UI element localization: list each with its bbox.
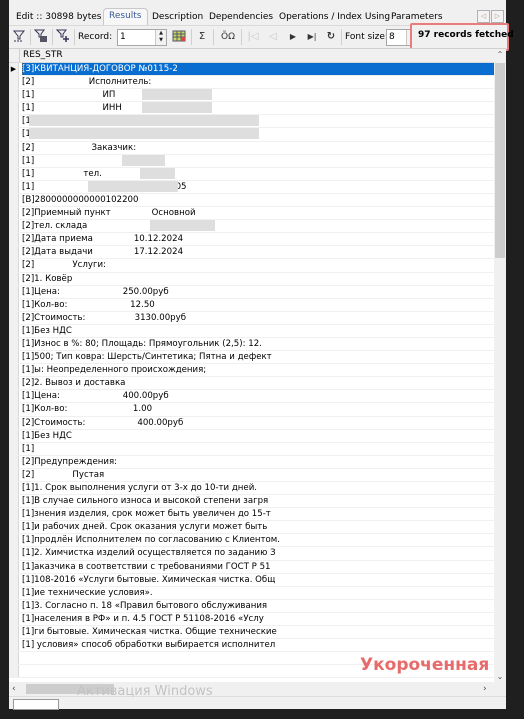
table-row[interactable]: [1]аказчика в соответствии с требованиям… (9, 561, 494, 574)
windows-activation-watermark: Активация Windows (77, 684, 213, 699)
row-indicator[interactable] (9, 652, 19, 664)
res-str-cell[interactable]: [1]Износ в %: 80; Площадь: Прямоугольник… (22, 338, 494, 350)
res-str-cell[interactable]: [2] Исполнитель: (22, 76, 494, 88)
table-row[interactable]: [2] Пустая (9, 469, 494, 482)
next-record-icon[interactable]: ▶ (285, 29, 301, 45)
table-row[interactable]: [1]продлён Исполнителем по согласованию … (9, 534, 494, 547)
tab-results[interactable]: Results (103, 8, 148, 25)
tab-parameters[interactable]: Parameters (386, 10, 448, 24)
res-str-cell[interactable]: [2]Дата приема 10.12.2024 (22, 233, 494, 245)
redacted-block (140, 168, 175, 179)
table-row[interactable]: [1]ы: Неопределенного происхождения; (9, 364, 494, 377)
column-header-res-str[interactable]: RES_STR (23, 49, 63, 62)
res-str-cell[interactable]: [2]тел. склада (22, 220, 494, 232)
table-row[interactable]: [2]2. Вывоз и доставка (9, 377, 494, 390)
row-indicator[interactable] (9, 561, 19, 573)
row-indicator[interactable] (9, 89, 19, 101)
res-str-cell[interactable]: [1]Цена: 400.00руб (22, 390, 494, 402)
res-str-cell[interactable]: [B]2800000000000102200 (22, 194, 494, 206)
res-str-cell[interactable]: [1] условия» способ обработки выбирается… (22, 639, 494, 651)
res-str-cell[interactable]: [1]и рабочих дней. Срок оказания услуги … (22, 521, 494, 533)
record-spin-arrows[interactable]: ▲▼ (155, 30, 166, 45)
res-str-cell[interactable]: [1] тел. 496 (22, 168, 494, 180)
table-row[interactable]: [2]Приемный пункт Основной (9, 207, 494, 220)
redacted-block (29, 115, 259, 126)
table-row[interactable]: [2]тел. склада (9, 220, 494, 233)
row-indicator[interactable] (9, 259, 19, 271)
res-str-cell[interactable]: [1]населения в РФ» и п. 4.5 ГОСТ Р 51108… (22, 613, 494, 625)
row-indicator[interactable] (9, 194, 19, 206)
row-indicator[interactable] (9, 273, 19, 285)
table-row[interactable]: [B]2800000000000102200 (9, 194, 494, 207)
results-grid[interactable]: RES_STR ▶[3]КВИТАНЦИЯ-ДОГОВОР №0115-2[2]… (9, 48, 506, 683)
table-row[interactable]: [1]2. Химчистка изделий осуществляется п… (9, 547, 494, 560)
table-row[interactable]: [1]и рабочих дней. Срок оказания услуги … (9, 521, 494, 534)
res-str-cell[interactable]: [1] ИНН (22, 102, 494, 114)
row-indicator[interactable] (9, 128, 19, 140)
res-str-cell[interactable]: [2]Предупреждения: (22, 456, 494, 468)
redacted-block (88, 181, 178, 192)
table-row[interactable]: [2]Стоимость: 3130.00руб (9, 312, 494, 325)
row-indicator[interactable] (9, 495, 19, 507)
res-str-cell[interactable]: [1] (22, 443, 494, 455)
table-row[interactable]: [2] Заказчик: (9, 142, 494, 155)
filter-table-icon[interactable] (33, 29, 49, 45)
tab-prev-icon[interactable]: ◁ (477, 10, 490, 23)
font-size-value[interactable]: 8 (389, 30, 395, 45)
redacted-block (142, 89, 212, 100)
scroll-left-icon[interactable]: ‹ (12, 682, 16, 696)
grid-rows: ▶[3]КВИТАНЦИЯ-ДОГОВОР №0115-2[2] Исполни… (9, 63, 494, 678)
table-row[interactable]: [1]ги бытовые. Химическая чистка. Общие … (9, 626, 494, 639)
table-row[interactable]: [1] ИНН (9, 102, 494, 115)
res-str-cell[interactable]: [1]2. Химчистка изделий осуществляется п… (22, 547, 494, 559)
record-value[interactable]: 1 (120, 30, 126, 45)
sum-icon[interactable]: Σ (194, 29, 210, 45)
scroll-right-icon[interactable]: › (483, 682, 487, 696)
table-row[interactable]: [2]Дата приема 10.12.2024 (9, 233, 494, 246)
res-str-cell[interactable]: [1]Без НДС (22, 430, 494, 442)
row-indicator[interactable] (9, 377, 19, 389)
row-indicator[interactable] (9, 521, 19, 533)
table-row[interactable]: [2]1. Ковёр (9, 273, 494, 286)
res-str-cell[interactable]: [2]Приемный пункт Основной (22, 207, 494, 219)
filter-add-icon[interactable] (55, 29, 71, 45)
table-row[interactable]: [1] (9, 128, 494, 141)
row-indicator[interactable] (9, 417, 19, 429)
row-indicator[interactable] (9, 312, 19, 324)
row-indicator[interactable] (9, 639, 19, 651)
res-str-cell[interactable]: [1]ы: Неопределенного происхождения; (22, 364, 494, 376)
row-indicator[interactable]: ▶ (9, 63, 19, 75)
table-row[interactable]: [1] Елена (9, 155, 494, 168)
table-row[interactable]: [2]Стоимость: 400.00руб (9, 417, 494, 430)
prev-record-icon[interactable]: ◁ (265, 29, 281, 45)
tab-operations-index-using[interactable]: Operations / Index Using (274, 10, 395, 24)
row-indicator[interactable] (9, 626, 19, 638)
scroll-down-icon[interactable]: ⌄ (494, 671, 506, 683)
table-row[interactable]: [1]В случае сильного износа и высокой ст… (9, 495, 494, 508)
row-indicator[interactable] (9, 246, 19, 258)
res-str-cell[interactable]: [1]аказчика в соответствии с требованиям… (22, 561, 494, 573)
table-row[interactable]: [2] Исполнитель: (9, 76, 494, 89)
table-row[interactable]: [1] условия» способ обработки выбирается… (9, 639, 494, 652)
table-row[interactable]: [1]Цена: 400.00руб (9, 390, 494, 403)
table-row[interactable]: [1]1. Срок выполнения услуги от 3-х до 1… (9, 482, 494, 495)
row-indicator[interactable] (9, 443, 19, 455)
row-indicator[interactable] (9, 390, 19, 402)
row-indicator[interactable] (9, 220, 19, 232)
table-row[interactable]: [1]500; Тип ковра: Шерсть/Синтетика; Пят… (9, 351, 494, 364)
filter-icon[interactable] (11, 29, 27, 45)
table-row[interactable]: [1]Износ в %: 80; Площадь: Прямоугольник… (9, 338, 494, 351)
row-indicator[interactable] (9, 155, 19, 167)
row-indicator[interactable] (9, 534, 19, 546)
res-str-cell[interactable]: [2] Пустая (22, 469, 494, 481)
res-str-cell[interactable]: [1]1. Срок выполнения услуги от 3-х до 1… (22, 482, 494, 494)
table-row[interactable]: ▶[3]КВИТАНЦИЯ-ДОГОВОР №0115-2 (9, 63, 494, 76)
redacted-block (29, 128, 259, 139)
row-indicator[interactable] (9, 286, 19, 298)
res-str-cell[interactable]: [2]Стоимость: 400.00руб (22, 417, 494, 429)
status-field (13, 699, 59, 710)
table-row[interactable]: [1]3. Согласно п. 18 «Правил бытового об… (9, 600, 494, 613)
table-row[interactable]: [1]населения в РФ» и п. 4.5 ГОСТ Р 51108… (9, 613, 494, 626)
res-str-cell[interactable]: [1] Елена (22, 155, 494, 167)
row-indicator[interactable] (9, 403, 19, 415)
record-label: Record: (78, 29, 112, 45)
row-indicator[interactable] (9, 115, 19, 127)
row-indicator[interactable] (9, 547, 19, 559)
table-row[interactable]: [1]Без НДС (9, 325, 494, 338)
row-indicator[interactable] (9, 299, 19, 311)
row-indicator[interactable] (9, 587, 19, 599)
res-str-cell[interactable]: [2] Заказчик: (22, 142, 494, 154)
table-grid-icon[interactable] (171, 29, 187, 45)
res-str-cell[interactable]: [1]продлён Исполнителем по согласованию … (22, 534, 494, 546)
last-record-icon[interactable]: ▶| (304, 29, 320, 45)
res-str-cell[interactable]: [1]Кол-во: 12.50 (22, 299, 494, 311)
tab-dependencies[interactable]: Dependencies (204, 10, 278, 24)
vertical-scrollbar[interactable]: ⌃ ⌄ (494, 49, 506, 683)
row-indicator[interactable] (9, 168, 19, 180)
row-indicator[interactable] (9, 456, 19, 468)
indicator-header (9, 49, 20, 62)
res-str-cell[interactable]: [1] ИП (22, 89, 494, 101)
records-fetched-highlight: 97 records fetched (410, 23, 509, 51)
record-stepper[interactable]: 1 ▲▼ (117, 29, 167, 46)
table-row[interactable]: [1]Кол-во: 12.50 (9, 299, 494, 312)
vertical-scroll-thumb[interactable] (495, 63, 505, 258)
table-row[interactable]: [1] (9, 443, 494, 456)
row-indicator[interactable] (9, 508, 19, 520)
row-indicator[interactable] (9, 142, 19, 154)
res-str-cell[interactable]: [1]В случае сильного износа и высокой ст… (22, 495, 494, 507)
res-str-cell[interactable]: [2]2. Вывоз и доставка (22, 377, 494, 389)
res-str-cell[interactable]: [3]КВИТАНЦИЯ-ДОГОВОР №0115-2 (22, 63, 494, 75)
row-indicator[interactable] (9, 233, 19, 245)
res-str-cell[interactable]: [2]1. Ковёр (22, 273, 494, 285)
res-str-cell[interactable]: [1]Цена: 250.00руб (22, 286, 494, 298)
row-indicator[interactable] (9, 665, 19, 677)
res-str-cell[interactable]: [1]500; Тип ковра: Шерсть/Синтетика; Пят… (22, 351, 494, 363)
row-indicator[interactable] (9, 600, 19, 612)
tab-edit[interactable]: Edit :: 30898 bytes (11, 10, 107, 24)
res-str-cell[interactable]: [2] Услуги: (22, 259, 494, 271)
row-indicator[interactable] (9, 469, 19, 481)
row-indicator[interactable] (9, 76, 19, 88)
row-indicator[interactable] (9, 351, 19, 363)
row-indicator[interactable] (9, 613, 19, 625)
res-str-cell[interactable]: [1]Без НДС (22, 325, 494, 337)
table-row[interactable]: [1]Цена: 250.00руб (9, 286, 494, 299)
redacted-block (142, 102, 212, 113)
records-fetched-status: 97 records fetched (418, 30, 514, 40)
res-str-cell[interactable]: [1]ие технические условия». (22, 587, 494, 599)
first-record-icon[interactable]: |◁ (245, 29, 261, 45)
table-row[interactable]: [1]Без НДС (9, 430, 494, 443)
row-indicator[interactable] (9, 325, 19, 337)
res-str-cell[interactable]: [1]108-2016 «Услуги бытовые. Химическая … (22, 574, 494, 586)
table-row[interactable]: [1]знения изделия, срок может быть увели… (9, 508, 494, 521)
res-str-cell[interactable]: [2]Дата выдачи 17.12.2024 (22, 246, 494, 258)
table-row[interactable]: [2]Дата выдачи 17.12.2024 (9, 246, 494, 259)
tab-description[interactable]: Description (147, 10, 208, 24)
res-str-cell[interactable]: [1]знения изделия, срок может быть увели… (22, 508, 494, 520)
row-indicator[interactable] (9, 102, 19, 114)
scroll-up-icon[interactable]: ⌃ (494, 49, 506, 61)
row-indicator[interactable] (9, 482, 19, 494)
refresh-icon[interactable]: ↻ (323, 29, 339, 45)
table-row[interactable]: [1] тел. 496 (9, 168, 494, 181)
table-row[interactable]: [1]108-2016 «Услуги бытовые. Химическая … (9, 574, 494, 587)
redacted-block (150, 220, 215, 231)
row-indicator[interactable] (9, 338, 19, 350)
res-str-cell[interactable]: [1]Кол-во: 1.00 (22, 403, 494, 415)
charset-icon[interactable]: ÕΩ (217, 29, 239, 45)
tab-next-icon[interactable]: ▷ (491, 10, 504, 23)
annotation-label: Укороченная (360, 655, 489, 675)
table-row[interactable]: [1]ие технические условия». (9, 587, 494, 600)
row-indicator[interactable] (9, 430, 19, 442)
row-indicator[interactable] (9, 574, 19, 586)
grid-header: RES_STR (9, 49, 494, 63)
table-row[interactable]: [1] (9, 115, 494, 128)
table-row[interactable]: [2]Предупреждения: (9, 456, 494, 469)
table-row[interactable]: [1]Кол-во: 1.00 (9, 403, 494, 416)
font-size-label: Font size: (345, 29, 388, 45)
res-str-cell[interactable]: [2]Стоимость: 3130.00руб (22, 312, 494, 324)
table-row[interactable]: [2] Услуги: (9, 259, 494, 272)
table-row[interactable]: [1] ИП (9, 89, 494, 102)
res-str-cell[interactable]: [1]3. Согласно п. 18 «Правил бытового об… (22, 600, 494, 612)
row-indicator[interactable] (9, 364, 19, 376)
row-indicator[interactable] (9, 207, 19, 219)
res-str-cell[interactable]: [1]ги бытовые. Химическая чистка. Общие … (22, 626, 494, 638)
results-window: Edit :: 30898 bytes Results Description … (9, 0, 506, 708)
redacted-block (122, 155, 165, 166)
row-indicator[interactable] (9, 181, 19, 193)
table-row[interactable]: [1] нова 205 (9, 181, 494, 194)
